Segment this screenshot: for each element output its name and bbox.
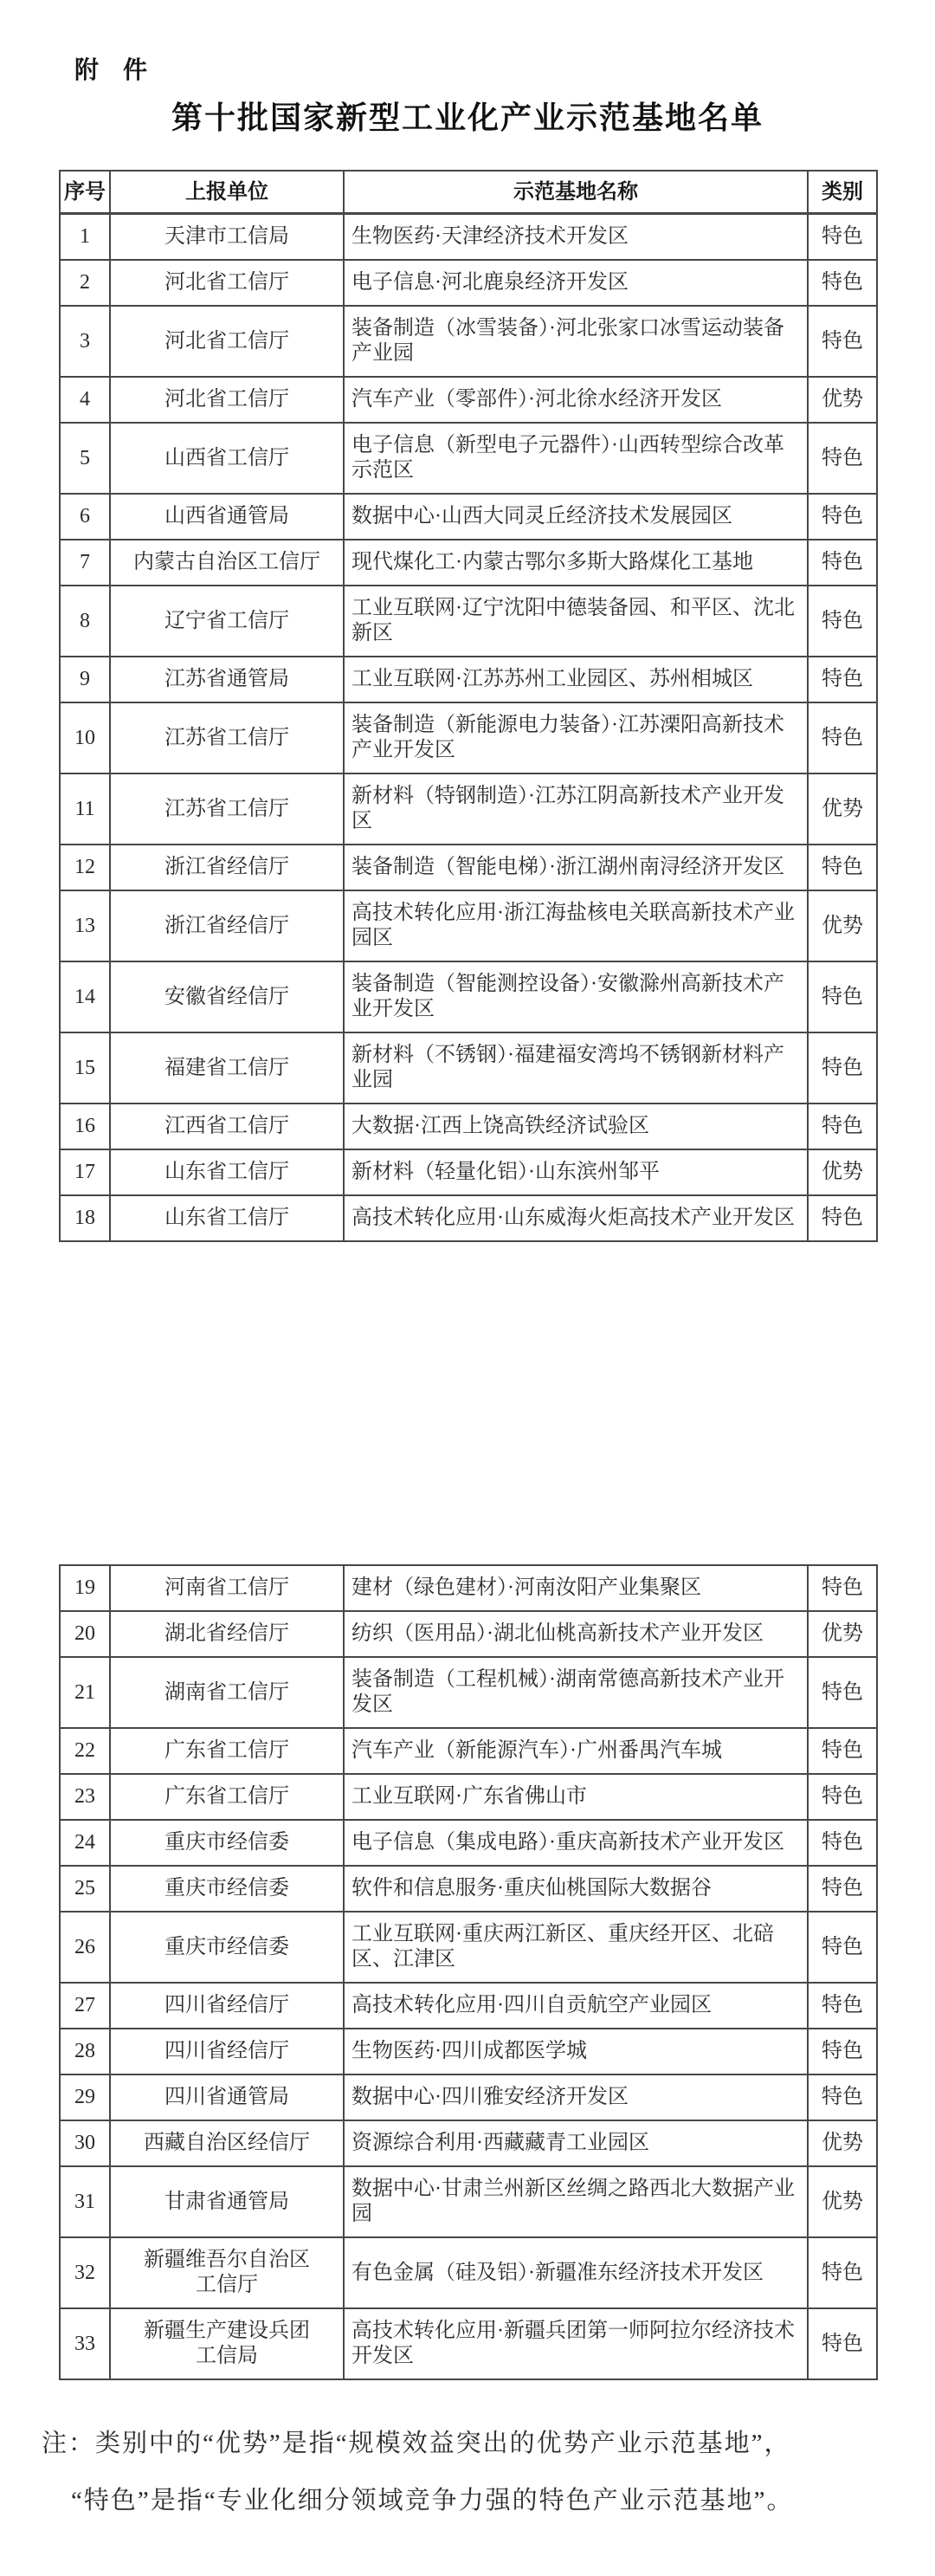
cell-category: 特色 xyxy=(808,1728,877,1774)
cell-category: 特色 xyxy=(808,657,877,702)
table-row: 17山东省工信厅新材料（轻量化铝）·山东滨州邹平优势 xyxy=(60,1149,877,1195)
cell-base-name: 数据中心·甘肃兰州新区丝绸之路西北大数据产业园 xyxy=(344,2166,808,2237)
cell-reporting-unit: 四川省通管局 xyxy=(110,2074,344,2120)
table-body-part1: 1天津市工信局生物医药·天津经济技术开发区特色2河北省工信厅电子信息·河北鹿泉经… xyxy=(60,214,877,1242)
demo-base-table-part2: 19河南省工信厅建材（绿色建材）·河南汝阳产业集聚区特色20湖北省经信厅纺织（医… xyxy=(59,1564,878,2380)
cell-index: 31 xyxy=(60,2166,110,2237)
table-row: 16江西省工信厅大数据·江西上饶高铁经济试验区特色 xyxy=(60,1104,877,1149)
cell-reporting-unit: 河南省工信厅 xyxy=(110,1565,344,1611)
cell-index: 10 xyxy=(60,702,110,773)
table-row: 24重庆市经信委电子信息（集成电路）·重庆高新技术产业开发区特色 xyxy=(60,1820,877,1866)
cell-category: 特色 xyxy=(808,1774,877,1820)
column-header-index: 序号 xyxy=(60,171,110,214)
cell-category: 优势 xyxy=(808,773,877,845)
footnote-block: 注：类别中的“优势”是指“规模效益突出的优势产业示范基地”， “特色”是指“专业… xyxy=(42,2427,876,2517)
cell-reporting-unit: 湖南省工信厅 xyxy=(110,1657,344,1728)
cell-base-name: 装备制造（新能源电力装备）·江苏溧阳高新技术产业开发区 xyxy=(344,702,808,773)
cell-category: 优势 xyxy=(808,377,877,423)
table-row: 12浙江省经信厅装备制造（智能电梯）·浙江湖州南浔经济开发区特色 xyxy=(60,845,877,890)
table-row: 21湖南省工信厅装备制造（工程机械）·湖南常德高新技术产业开发区特色 xyxy=(60,1657,877,1728)
cell-base-name: 高技术转化应用·山东威海火炬高技术产业开发区 xyxy=(344,1195,808,1241)
cell-base-name: 建材（绿色建材）·河南汝阳产业集聚区 xyxy=(344,1565,808,1611)
cell-base-name: 高技术转化应用·浙江海盐核电关联高新技术产业园区 xyxy=(344,890,808,961)
cell-reporting-unit: 河北省工信厅 xyxy=(110,260,344,306)
cell-category: 特色 xyxy=(808,1983,877,2029)
cell-category: 特色 xyxy=(808,1565,877,1611)
cell-category: 特色 xyxy=(808,423,877,494)
table-row: 27四川省经信厅高技术转化应用·四川自贡航空产业园区特色 xyxy=(60,1983,877,2029)
table-row: 1天津市工信局生物医药·天津经济技术开发区特色 xyxy=(60,214,877,261)
document-page: 附 件 第十批国家新型工业化产业示范基地名单 序号 上报单位 示范基地名称 类别… xyxy=(0,0,935,2576)
cell-index: 1 xyxy=(60,214,110,261)
cell-base-name: 工业互联网·江苏苏州工业园区、苏州相城区 xyxy=(344,657,808,702)
cell-index: 25 xyxy=(60,1866,110,1912)
cell-reporting-unit: 重庆市经信委 xyxy=(110,1912,344,1983)
cell-base-name: 装备制造（冰雪装备）·河北张家口冰雪运动装备产业园 xyxy=(344,306,808,377)
demo-base-table-part1: 序号 上报单位 示范基地名称 类别 1天津市工信局生物医药·天津经济技术开发区特… xyxy=(59,170,878,1242)
cell-reporting-unit: 河北省工信厅 xyxy=(110,377,344,423)
cell-reporting-unit: 内蒙古自治区工信厅 xyxy=(110,540,344,586)
cell-index: 16 xyxy=(60,1104,110,1149)
cell-category: 特色 xyxy=(808,702,877,773)
table-row: 3河北省工信厅装备制造（冰雪装备）·河北张家口冰雪运动装备产业园特色 xyxy=(60,306,877,377)
cell-index: 11 xyxy=(60,773,110,845)
column-header-base-name: 示范基地名称 xyxy=(344,171,808,214)
cell-base-name: 新材料（不锈钢）·福建福安湾坞不锈钢新材料产业园 xyxy=(344,1032,808,1104)
cell-base-name: 新材料（轻量化铝）·山东滨州邹平 xyxy=(344,1149,808,1195)
cell-category: 特色 xyxy=(808,1657,877,1728)
page-break-gap xyxy=(59,1242,876,1564)
cell-base-name: 数据中心·山西大同灵丘经济技术发展园区 xyxy=(344,494,808,540)
cell-category: 特色 xyxy=(808,1912,877,1983)
cell-category: 特色 xyxy=(808,586,877,657)
cell-category: 特色 xyxy=(808,2237,877,2308)
cell-reporting-unit: 四川省经信厅 xyxy=(110,2029,344,2074)
cell-category: 特色 xyxy=(808,961,877,1032)
table-row: 8辽宁省工信厅工业互联网·辽宁沈阳中德装备园、和平区、沈北新区特色 xyxy=(60,586,877,657)
cell-category: 优势 xyxy=(808,1611,877,1657)
cell-category: 特色 xyxy=(808,1032,877,1104)
cell-index: 14 xyxy=(60,961,110,1032)
cell-reporting-unit: 山西省通管局 xyxy=(110,494,344,540)
table-row: 15福建省工信厅新材料（不锈钢）·福建福安湾坞不锈钢新材料产业园特色 xyxy=(60,1032,877,1104)
cell-category: 优势 xyxy=(808,2120,877,2166)
table-row: 9江苏省通管局工业互联网·江苏苏州工业园区、苏州相城区特色 xyxy=(60,657,877,702)
cell-base-name: 汽车产业（零部件）·河北徐水经济开发区 xyxy=(344,377,808,423)
cell-index: 17 xyxy=(60,1149,110,1195)
column-header-category: 类别 xyxy=(808,171,877,214)
cell-index: 20 xyxy=(60,1611,110,1657)
cell-index: 2 xyxy=(60,260,110,306)
cell-base-name: 装备制造（智能电梯）·浙江湖州南浔经济开发区 xyxy=(344,845,808,890)
table-row: 13浙江省经信厅高技术转化应用·浙江海盐核电关联高新技术产业园区优势 xyxy=(60,890,877,961)
table-row: 11江苏省工信厅新材料（特钢制造）·江苏江阴高新技术产业开发区优势 xyxy=(60,773,877,845)
cell-base-name: 生物医药·四川成都医学城 xyxy=(344,2029,808,2074)
table-row: 26重庆市经信委工业互联网·重庆两江新区、重庆经开区、北碚区、江津区特色 xyxy=(60,1912,877,1983)
cell-base-name: 电子信息（新型电子元器件）·山西转型综合改革示范区 xyxy=(344,423,808,494)
cell-index: 13 xyxy=(60,890,110,961)
cell-base-name: 大数据·江西上饶高铁经济试验区 xyxy=(344,1104,808,1149)
cell-base-name: 数据中心·四川雅安经济开发区 xyxy=(344,2074,808,2120)
table-row: 29四川省通管局数据中心·四川雅安经济开发区特色 xyxy=(60,2074,877,2120)
cell-category: 优势 xyxy=(808,1149,877,1195)
table-row: 30西藏自治区经信厅资源综合利用·西藏藏青工业园区优势 xyxy=(60,2120,877,2166)
cell-category: 特色 xyxy=(808,2308,877,2379)
cell-reporting-unit: 浙江省经信厅 xyxy=(110,845,344,890)
cell-category: 特色 xyxy=(808,2074,877,2120)
cell-index: 18 xyxy=(60,1195,110,1241)
cell-reporting-unit: 广东省工信厅 xyxy=(110,1774,344,1820)
cell-category: 特色 xyxy=(808,1866,877,1912)
table-row: 10江苏省工信厅装备制造（新能源电力装备）·江苏溧阳高新技术产业开发区特色 xyxy=(60,702,877,773)
cell-base-name: 电子信息·河北鹿泉经济开发区 xyxy=(344,260,808,306)
cell-reporting-unit: 山西省工信厅 xyxy=(110,423,344,494)
cell-base-name: 生物医药·天津经济技术开发区 xyxy=(344,214,808,261)
table-row: 18山东省工信厅高技术转化应用·山东威海火炬高技术产业开发区特色 xyxy=(60,1195,877,1241)
cell-index: 28 xyxy=(60,2029,110,2074)
table-row: 2河北省工信厅电子信息·河北鹿泉经济开发区特色 xyxy=(60,260,877,306)
cell-reporting-unit: 山东省工信厅 xyxy=(110,1195,344,1241)
cell-reporting-unit: 甘肃省通管局 xyxy=(110,2166,344,2237)
cell-index: 23 xyxy=(60,1774,110,1820)
cell-reporting-unit: 四川省经信厅 xyxy=(110,1983,344,2029)
cell-category: 特色 xyxy=(808,260,877,306)
cell-base-name: 资源综合利用·西藏藏青工业园区 xyxy=(344,2120,808,2166)
table-row: 22广东省工信厅汽车产业（新能源汽车）·广州番禺汽车城特色 xyxy=(60,1728,877,1774)
cell-index: 26 xyxy=(60,1912,110,1983)
page-title: 第十批国家新型工业化产业示范基地名单 xyxy=(59,99,876,137)
cell-base-name: 电子信息（集成电路）·重庆高新技术产业开发区 xyxy=(344,1820,808,1866)
cell-reporting-unit: 山东省工信厅 xyxy=(110,1149,344,1195)
table-row: 14安徽省经信厅装备制造（智能测控设备）·安徽滁州高新技术产业开发区特色 xyxy=(60,961,877,1032)
table-row: 28四川省经信厅生物医药·四川成都医学城特色 xyxy=(60,2029,877,2074)
cell-reporting-unit: 广东省工信厅 xyxy=(110,1728,344,1774)
cell-index: 12 xyxy=(60,845,110,890)
cell-index: 5 xyxy=(60,423,110,494)
table-row: 31甘肃省通管局数据中心·甘肃兰州新区丝绸之路西北大数据产业园优势 xyxy=(60,2166,877,2237)
cell-base-name: 装备制造（工程机械）·湖南常德高新技术产业开发区 xyxy=(344,1657,808,1728)
cell-category: 特色 xyxy=(808,1195,877,1241)
cell-index: 30 xyxy=(60,2120,110,2166)
cell-category: 特色 xyxy=(808,1820,877,1866)
cell-reporting-unit: 重庆市经信委 xyxy=(110,1866,344,1912)
table-row: 5山西省工信厅电子信息（新型电子元器件）·山西转型综合改革示范区特色 xyxy=(60,423,877,494)
cell-category: 特色 xyxy=(808,494,877,540)
cell-category: 特色 xyxy=(808,1104,877,1149)
cell-reporting-unit: 江苏省通管局 xyxy=(110,657,344,702)
cell-base-name: 工业互联网·广东省佛山市 xyxy=(344,1774,808,1820)
cell-index: 27 xyxy=(60,1983,110,2029)
table-row: 4河北省工信厅汽车产业（零部件）·河北徐水经济开发区优势 xyxy=(60,377,877,423)
cell-base-name: 高技术转化应用·新疆兵团第一师阿拉尔经济技术开发区 xyxy=(344,2308,808,2379)
cell-category: 特色 xyxy=(808,845,877,890)
cell-category: 特色 xyxy=(808,2029,877,2074)
cell-base-name: 汽车产业（新能源汽车）·广州番禺汽车城 xyxy=(344,1728,808,1774)
cell-reporting-unit: 江西省工信厅 xyxy=(110,1104,344,1149)
cell-index: 4 xyxy=(60,377,110,423)
cell-reporting-unit: 重庆市经信委 xyxy=(110,1820,344,1866)
cell-reporting-unit: 河北省工信厅 xyxy=(110,306,344,377)
cell-index: 21 xyxy=(60,1657,110,1728)
cell-index: 9 xyxy=(60,657,110,702)
table-row: 20湖北省经信厅纺织（医用品）·湖北仙桃高新技术产业开发区优势 xyxy=(60,1611,877,1657)
cell-reporting-unit: 浙江省经信厅 xyxy=(110,890,344,961)
table-header-row: 序号 上报单位 示范基地名称 类别 xyxy=(60,171,877,214)
table-row: 6山西省通管局数据中心·山西大同灵丘经济技术发展园区特色 xyxy=(60,494,877,540)
cell-base-name: 纺织（医用品）·湖北仙桃高新技术产业开发区 xyxy=(344,1611,808,1657)
table-row: 32新疆维吾尔自治区 工信厅有色金属（硅及铝）·新疆准东经济技术开发区特色 xyxy=(60,2237,877,2308)
cell-category: 优势 xyxy=(808,890,877,961)
cell-index: 7 xyxy=(60,540,110,586)
cell-reporting-unit: 新疆维吾尔自治区 工信厅 xyxy=(110,2237,344,2308)
cell-index: 33 xyxy=(60,2308,110,2379)
cell-base-name: 软件和信息服务·重庆仙桃国际大数据谷 xyxy=(344,1866,808,1912)
cell-base-name: 新材料（特钢制造）·江苏江阴高新技术产业开发区 xyxy=(344,773,808,845)
cell-category: 优势 xyxy=(808,2166,877,2237)
cell-reporting-unit: 湖北省经信厅 xyxy=(110,1611,344,1657)
cell-index: 24 xyxy=(60,1820,110,1866)
table-row: 23广东省工信厅工业互联网·广东省佛山市特色 xyxy=(60,1774,877,1820)
cell-base-name: 高技术转化应用·四川自贡航空产业园区 xyxy=(344,1983,808,2029)
cell-reporting-unit: 福建省工信厅 xyxy=(110,1032,344,1104)
cell-reporting-unit: 辽宁省工信厅 xyxy=(110,586,344,657)
table-row: 19河南省工信厅建材（绿色建材）·河南汝阳产业集聚区特色 xyxy=(60,1565,877,1611)
table-body-part2: 19河南省工信厅建材（绿色建材）·河南汝阳产业集聚区特色20湖北省经信厅纺织（医… xyxy=(60,1565,877,2379)
cell-base-name: 工业互联网·辽宁沈阳中德装备园、和平区、沈北新区 xyxy=(344,586,808,657)
cell-index: 8 xyxy=(60,586,110,657)
cell-reporting-unit: 天津市工信局 xyxy=(110,214,344,261)
cell-category: 特色 xyxy=(808,540,877,586)
cell-index: 19 xyxy=(60,1565,110,1611)
cell-reporting-unit: 新疆生产建设兵团 工信局 xyxy=(110,2308,344,2379)
cell-base-name: 有色金属（硅及铝）·新疆准东经济技术开发区 xyxy=(344,2237,808,2308)
table-row: 25重庆市经信委软件和信息服务·重庆仙桃国际大数据谷特色 xyxy=(60,1866,877,1912)
footnote-line-2: “特色”是指“专业化细分领域竞争力强的特色产业示范基地”。 xyxy=(42,2484,876,2517)
cell-base-name: 工业互联网·重庆两江新区、重庆经开区、北碚区、江津区 xyxy=(344,1912,808,1983)
cell-reporting-unit: 安徽省经信厅 xyxy=(110,961,344,1032)
attachment-label: 附 件 xyxy=(74,55,876,85)
cell-category: 特色 xyxy=(808,214,877,261)
cell-reporting-unit: 江苏省工信厅 xyxy=(110,702,344,773)
cell-category: 特色 xyxy=(808,306,877,377)
cell-index: 15 xyxy=(60,1032,110,1104)
cell-reporting-unit: 江苏省工信厅 xyxy=(110,773,344,845)
table-row: 33新疆生产建设兵团 工信局高技术转化应用·新疆兵团第一师阿拉尔经济技术开发区特… xyxy=(60,2308,877,2379)
table-row: 7内蒙古自治区工信厅现代煤化工·内蒙古鄂尔多斯大路煤化工基地特色 xyxy=(60,540,877,586)
column-header-unit: 上报单位 xyxy=(110,171,344,214)
cell-base-name: 装备制造（智能测控设备）·安徽滁州高新技术产业开发区 xyxy=(344,961,808,1032)
cell-index: 29 xyxy=(60,2074,110,2120)
footnote-line-1: 注：类别中的“优势”是指“规模效益突出的优势产业示范基地”， xyxy=(42,2427,876,2460)
cell-index: 6 xyxy=(60,494,110,540)
cell-index: 3 xyxy=(60,306,110,377)
cell-index: 32 xyxy=(60,2237,110,2308)
cell-reporting-unit: 西藏自治区经信厅 xyxy=(110,2120,344,2166)
cell-base-name: 现代煤化工·内蒙古鄂尔多斯大路煤化工基地 xyxy=(344,540,808,586)
cell-index: 22 xyxy=(60,1728,110,1774)
